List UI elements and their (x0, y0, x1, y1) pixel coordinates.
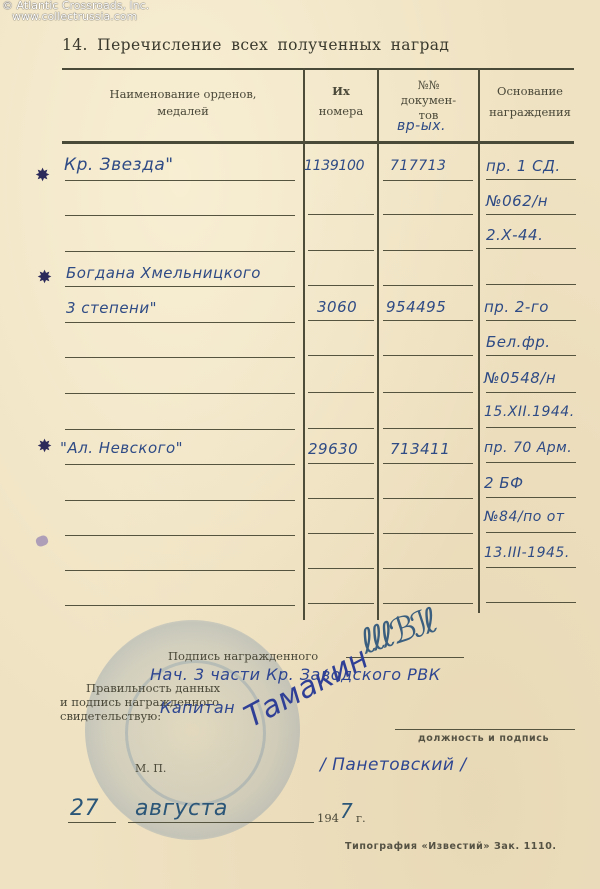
stamp-placement-label: М. П. (135, 762, 166, 775)
printer-imprint: Типография «Известий» Зак. 1110. (345, 841, 557, 852)
row-rule (308, 463, 374, 464)
row-rule (65, 251, 295, 252)
red-star-stamp-icon: ✸ (36, 438, 53, 455)
documents-handwritten-annotation: вр-ых. (397, 118, 446, 134)
row-rule (486, 214, 576, 215)
header-numbers-line2: номера (305, 103, 377, 120)
award-document-number: 713411 (390, 440, 450, 458)
row-rule (486, 532, 576, 533)
award-basis-line: 13.III-1945. (484, 545, 570, 561)
row-rule (383, 533, 473, 534)
row-rule (486, 284, 576, 285)
watermark-url: www.collectrussia.com (2, 11, 149, 22)
row-rule (65, 570, 295, 571)
award-name: Кр. Звезда" (64, 155, 174, 175)
header-numbers: Их номера (305, 83, 377, 120)
award-document-number: 954495 (386, 298, 446, 316)
row-rule (486, 602, 576, 603)
row-rule (65, 322, 295, 323)
position-caption: должность и подпись (418, 733, 549, 744)
row-rule (383, 568, 473, 569)
row-rule (65, 535, 295, 536)
row-rule (486, 179, 576, 180)
row-rule (308, 392, 374, 393)
red-star-stamp-icon: ✸ (34, 167, 51, 184)
row-rule (308, 214, 374, 215)
row-rule (383, 498, 473, 499)
row-rule (65, 215, 295, 216)
certify-label-line1: Правильность данных (60, 681, 220, 695)
header-documents-line1: №№ (379, 78, 478, 93)
column-divider-3 (478, 68, 480, 613)
date-month-underline (128, 822, 314, 823)
row-rule (65, 357, 295, 358)
column-divider-2 (377, 68, 379, 620)
section-title: 14. Перечисление всех полученных наград (62, 36, 449, 54)
row-rule (308, 250, 374, 251)
column-divider-1 (303, 68, 305, 620)
row-rule (383, 250, 473, 251)
award-basis-line: пр. 1 СД. (486, 157, 561, 175)
row-rule (65, 286, 295, 287)
ink-smudge (35, 534, 50, 548)
award-number: 3060 (317, 298, 357, 316)
row-rule (308, 603, 374, 604)
award-basis-line: Бел.фр. (486, 333, 551, 351)
row-rule (383, 428, 473, 429)
row-rule (308, 568, 374, 569)
date-year-unit: г. (356, 811, 366, 825)
award-number: 1139100 (304, 158, 364, 174)
copyright-watermark: © Atlantic Crossroads, Inc. www.collectr… (2, 0, 149, 22)
row-rule (383, 180, 473, 181)
row-rule (383, 285, 473, 286)
table-top-rule (62, 68, 574, 70)
award-basis-line: №062/н (486, 192, 548, 210)
award-name: "Ал. Невского" (60, 439, 183, 457)
table-header-rule (62, 141, 574, 144)
award-basis-line: №0548/н (484, 369, 556, 387)
row-rule (383, 320, 473, 321)
header-numbers-line1: Их (305, 83, 377, 100)
header-documents-line2: докумен- (379, 93, 478, 108)
signer-name-handwritten: / Панетовский / (320, 755, 467, 775)
header-basis: Основание награждения (480, 83, 580, 121)
row-rule (486, 248, 576, 249)
date-day-underline (68, 822, 116, 823)
date-year-suffix: 7 (340, 799, 353, 823)
row-rule (486, 355, 576, 356)
header-award-name-line1: Наименование орденов, (64, 86, 302, 103)
row-rule (65, 393, 295, 394)
row-rule (308, 428, 374, 429)
row-rule (383, 214, 473, 215)
row-rule (65, 605, 295, 606)
header-basis-line1: Основание (480, 83, 580, 100)
recipient-signature-label: Подпись награжденного (168, 649, 318, 663)
award-name-line: 3 степени" (66, 299, 157, 317)
row-rule (486, 567, 576, 568)
award-basis-line: 2.Х-44. (486, 226, 543, 244)
row-rule (486, 392, 576, 393)
row-rule (383, 392, 473, 393)
row-rule (308, 355, 374, 356)
row-rule (65, 180, 295, 181)
row-rule (65, 464, 295, 465)
award-basis-line: 2 БФ (484, 474, 524, 492)
row-rule (486, 427, 576, 428)
date-year-prefix: 194 (317, 811, 339, 825)
row-rule (65, 429, 295, 430)
award-basis-line: пр. 2-го (484, 298, 549, 316)
row-rule (308, 498, 374, 499)
award-basis-line: 15.XII.1944. (484, 404, 575, 420)
header-basis-line2: награждения (480, 104, 580, 121)
rank-handwritten: Капитан (160, 698, 235, 717)
red-star-stamp-icon: ✸ (36, 269, 53, 286)
date-day: 27 (70, 796, 99, 821)
row-rule (486, 497, 576, 498)
position-signature-line (395, 729, 575, 730)
award-basis-line: пр. 70 Арм. (484, 440, 572, 456)
row-rule (486, 320, 576, 321)
header-award-name-line2: медалей (64, 103, 302, 120)
row-rule (486, 462, 576, 463)
award-document-number: 717713 (390, 158, 446, 174)
row-rule (65, 500, 295, 501)
award-basis-line: №84/по от (484, 509, 564, 525)
row-rule (308, 320, 374, 321)
award-name-line: Богдана Хмельницкого (66, 264, 261, 282)
recipient-signature: ℓℓℓℬℐℓ (356, 601, 440, 662)
date-month: августа (135, 796, 228, 821)
row-rule (308, 285, 374, 286)
row-rule (383, 355, 473, 356)
header-documents: №№ докумен- тов (379, 78, 478, 123)
header-award-name: Наименование орденов, медалей (64, 86, 302, 120)
award-number: 29630 (308, 440, 358, 458)
row-rule (383, 463, 473, 464)
row-rule (308, 533, 374, 534)
